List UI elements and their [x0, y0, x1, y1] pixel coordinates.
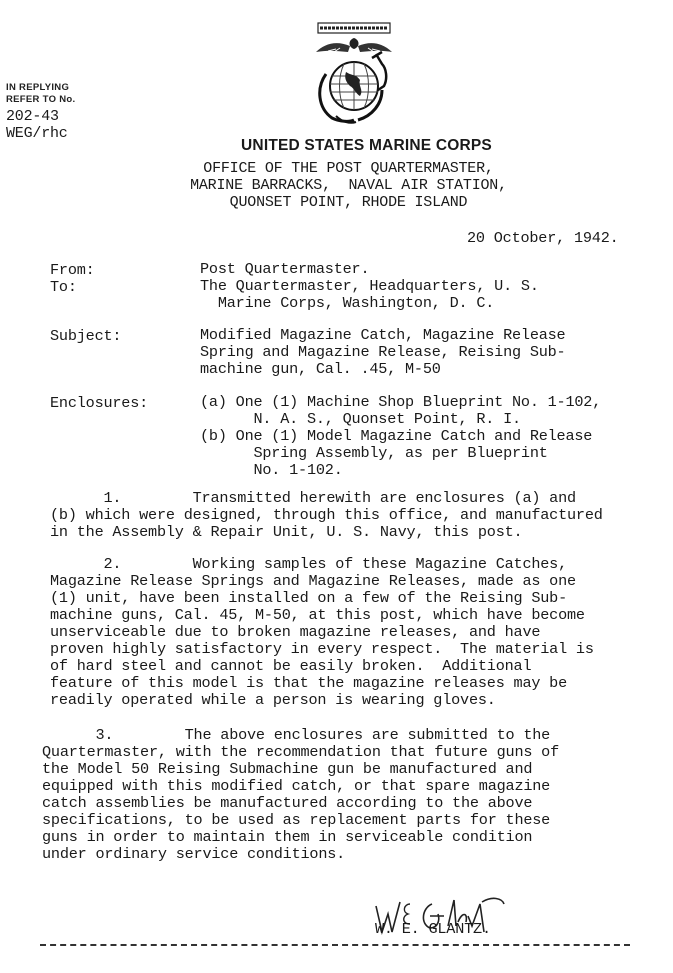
to-value-line-2: Marine Corps, Washington, D. C.: [200, 295, 494, 313]
paragraph-line: (1) unit, have been installed on a few o…: [50, 590, 567, 608]
office-line-3: QUONSET POINT, RHODE ISLAND: [0, 194, 673, 211]
office-line-1: OFFICE OF THE POST QUARTERMASTER,: [0, 160, 673, 177]
from-value: Post Quartermaster.: [200, 261, 369, 279]
paragraph-line: (b) which were designed, through this of…: [50, 507, 603, 525]
paragraph-line: Quartermaster, with the recommendation t…: [42, 744, 559, 762]
paragraph-line: 1. Transmitted herewith are enclosures (…: [50, 490, 576, 508]
reply-label-line2: REFER TO No.: [6, 94, 75, 106]
paragraph-line: equipped with this modified catch, or th…: [42, 778, 550, 796]
paragraph-line: in the Assembly & Repair Unit, U. S. Nav…: [50, 524, 522, 542]
enclosure-b-line-1: (b) One (1) Model Magazine Catch and Rel…: [200, 428, 592, 446]
signer-name: W. E. GLANTZ.: [375, 920, 491, 938]
subject-line-3: machine gun, Cal. .45, M-50: [200, 361, 441, 379]
reply-label-line1: IN REPLYING: [6, 82, 69, 94]
paragraph-line: machine guns, Cal. 45, M-50, at this pos…: [50, 607, 585, 625]
paragraph-line: 2. Working samples of these Magazine Cat…: [50, 556, 567, 574]
enclosure-a-line-1: (a) One (1) Machine Shop Blueprint No. 1…: [200, 394, 601, 412]
enclosure-a-line-2: N. A. S., Quonset Point, R. I.: [200, 411, 521, 429]
office-line-2: MARINE BARRACKS, NAVAL AIR STATION,: [0, 177, 673, 194]
paragraph-line: Magazine Release Springs and Magazine Re…: [50, 573, 576, 591]
paragraph-line: specifications, to be used as replacemen…: [42, 812, 550, 830]
organization-title: UNITED STATES MARINE CORPS: [0, 137, 673, 155]
paragraph-line: feature of this model is that the magazi…: [50, 675, 567, 693]
paragraph-line: catch assemblies be manufactured accordi…: [42, 795, 532, 813]
to-value-line-1: The Quartermaster, Headquarters, U. S.: [200, 278, 539, 296]
enclosures-label: Enclosures:: [50, 394, 148, 412]
subject-line-1: Modified Magazine Catch, Magazine Releas…: [200, 327, 565, 345]
subject-label: Subject:: [50, 327, 121, 345]
paragraph-line: unserviceable due to broken magazine rel…: [50, 624, 540, 642]
reference-number: 202-43: [6, 108, 59, 125]
from-label: From:: [50, 261, 95, 279]
dashed-divider: [40, 944, 630, 946]
enclosure-b-line-2: Spring Assembly, as per Blueprint: [200, 445, 548, 463]
subject-line-2: Spring and Magazine Release, Reising Sub…: [200, 344, 565, 362]
paragraph-line: readily operated while a person is weari…: [50, 692, 496, 710]
enclosure-b-line-3: No. 1-102.: [200, 462, 343, 480]
to-label: To:: [50, 278, 77, 296]
eagle-globe-anchor-icon: [306, 20, 402, 126]
letter-date: 20 October, 1942.: [467, 229, 619, 247]
paragraph-line: the Model 50 Reising Submachine gun be m…: [42, 761, 532, 779]
paragraph-line: under ordinary service conditions.: [42, 846, 345, 864]
paragraph-line: proven highly satisfactory in every resp…: [50, 641, 594, 659]
paragraph-line: of hard steel and cannot be easily broke…: [50, 658, 531, 676]
paragraph-line: guns in order to maintain them in servic…: [42, 829, 532, 847]
paragraph-line: 3. The above enclosures are submitted to…: [42, 727, 550, 745]
